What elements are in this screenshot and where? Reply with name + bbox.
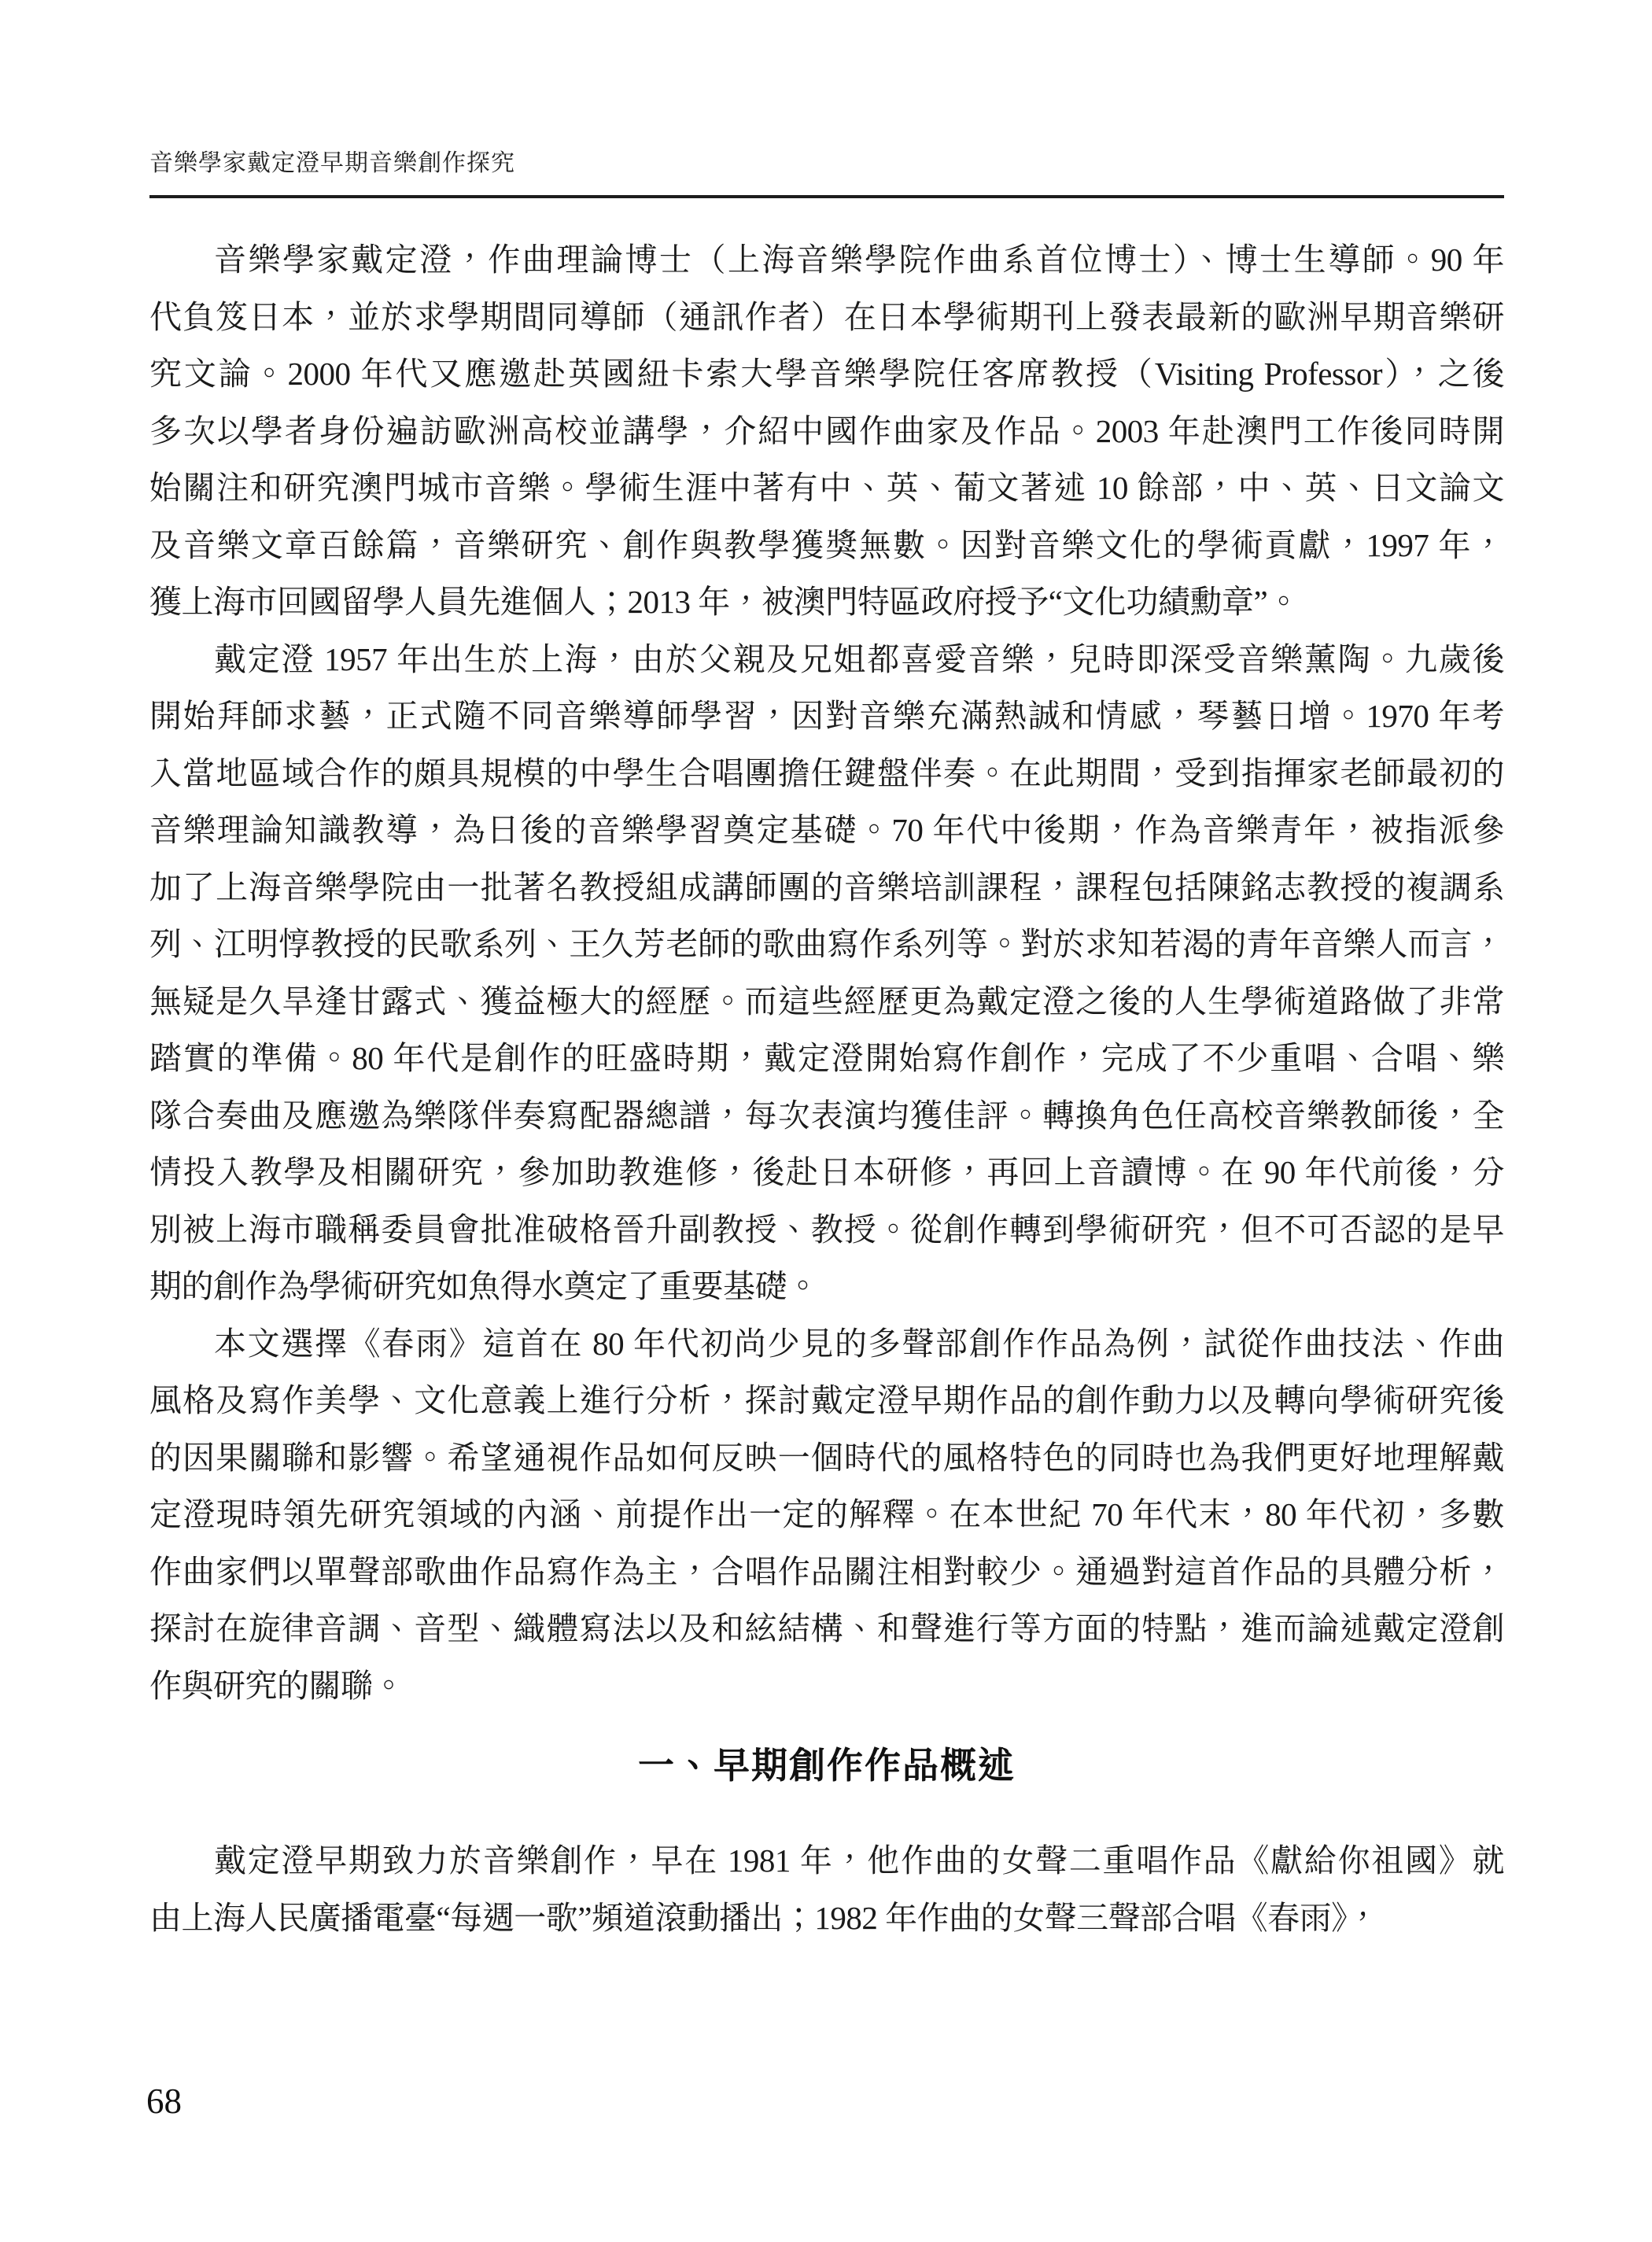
body-text: 音樂學家戴定澄，作曲理論博士（上海音樂學院作曲系首位博士）、博士生導師。90 年… <box>149 231 1504 1946</box>
text-line: 情投入教學及相關研究，參加助教進修，後赴日本研修，再回上音讀博。在 90 年代前… <box>149 1144 1504 1201</box>
section-heading: 一、早期創作作品概述 <box>149 1738 1504 1794</box>
text-line: 無疑是久旱逢甘露式、獲益極大的經歷。而這些經歷更為戴定澄之後的人生學術道路做了非… <box>149 973 1504 1031</box>
paragraph: 戴定澄早期致力於音樂創作，早在 1981 年，他作曲的女聲二重唱作品《獻給你祖國… <box>149 1832 1504 1946</box>
text-line: 究文論。2000 年代又應邀赴英國紐卡索大學音樂學院任客席教授（Visiting… <box>149 345 1504 403</box>
text-line: 戴定澄早期致力於音樂創作，早在 1981 年，他作曲的女聲二重唱作品《獻給你祖國… <box>149 1832 1504 1890</box>
running-header: 音樂學家戴定澄早期音樂創作探究 <box>149 149 1504 178</box>
text-line: 獲上海市回國留學人員先進個人；2013 年，被澳門特區政府授予“文化功績勳章”。 <box>149 573 1504 631</box>
text-line: 作與研究的關聯。 <box>149 1658 1504 1715</box>
text-line: 代負笈日本，並於求學期間同導師（通訊作者）在日本學術期刊上發表最新的歐洲早期音樂… <box>149 289 1504 346</box>
intro-paragraphs: 音樂學家戴定澄，作曲理論博士（上海音樂學院作曲系首位博士）、博士生導師。90 年… <box>149 231 1504 1714</box>
text-line: 風格及寫作美學、文化意義上進行分析，探討戴定澄早期作品的創作動力以及轉向學術研究… <box>149 1372 1504 1429</box>
text-line: 始關注和研究澳門城市音樂。學術生涯中著有中、英、葡文著述 10 餘部，中、英、日… <box>149 459 1504 517</box>
text-line: 入當地區域合作的頗具規模的中學生合唱團擔任鍵盤伴奏。在此期間，受到指揮家老師最初… <box>149 745 1504 802</box>
paragraph: 本文選擇《春雨》這首在 80 年代初尚少見的多聲部創作作品為例，試從作曲技法、作… <box>149 1315 1504 1715</box>
text-line: 音樂理論知識教導，為日後的音樂學習奠定基礎。70 年代中後期，作為音樂青年，被指… <box>149 802 1504 859</box>
page-number: 68 <box>146 2081 182 2122</box>
text-line: 本文選擇《春雨》這首在 80 年代初尚少見的多聲部創作作品為例，試從作曲技法、作… <box>149 1315 1504 1373</box>
paragraph: 音樂學家戴定澄，作曲理論博士（上海音樂學院作曲系首位博士）、博士生導師。90 年… <box>149 231 1504 631</box>
text-line: 隊合奏曲及應邀為樂隊伴奏寫配器總譜，每次表演均獲佳評。轉換角色任高校音樂教師後，… <box>149 1087 1504 1145</box>
text-line: 音樂學家戴定澄，作曲理論博士（上海音樂學院作曲系首位博士）、博士生導師。90 年 <box>149 231 1504 289</box>
text-line: 探討在旋律音調、音型、織體寫法以及和絃結構、和聲進行等方面的特點，進而論述戴定澄… <box>149 1600 1504 1658</box>
text-line: 作曲家們以單聲部歌曲作品寫作為主，合唱作品關注相對較少。通過對這首作品的具體分析… <box>149 1543 1504 1601</box>
document-page: 音樂學家戴定澄早期音樂創作探究 音樂學家戴定澄，作曲理論博士（上海音樂學院作曲系… <box>0 0 1652 2242</box>
text-line: 及音樂文章百餘篇，音樂研究、創作與教學獲獎無數。因對音樂文化的學術貢獻，1997… <box>149 517 1504 574</box>
text-line: 踏實的準備。80 年代是創作的旺盛時期，戴定澄開始寫作創作，完成了不少重唱、合唱… <box>149 1030 1504 1087</box>
text-line: 多次以學者身份遍訪歐洲高校並講學，介紹中國作曲家及作品。2003 年赴澳門工作後… <box>149 403 1504 460</box>
text-line: 加了上海音樂學院由一批著名教授組成講師團的音樂培訓課程，課程包括陳銘志教授的複調… <box>149 859 1504 916</box>
text-line: 期的創作為學術研究如魚得水奠定了重要基礎。 <box>149 1258 1504 1315</box>
text-line: 別被上海市職稱委員會批准破格晉升副教授、教授。從創作轉到學術研究，但不可否認的是… <box>149 1201 1504 1259</box>
text-line: 戴定澄 1957 年出生於上海，由於父親及兄姐都喜愛音樂，兒時即深受音樂薰陶。九… <box>149 631 1504 688</box>
text-line: 開始拜師求藝，正式隨不同音樂導師學習，因對音樂充滿熱誠和情感，琴藝日增。1970… <box>149 688 1504 745</box>
text-line: 定澄現時領先研究領域的內涵、前提作出一定的解釋。在本世紀 70 年代末，80 年… <box>149 1486 1504 1543</box>
text-line: 由上海人民廣播電臺“每週一歌”頻道滾動播出；1982 年作曲的女聲三聲部合唱《春… <box>149 1890 1504 1947</box>
text-line: 的因果關聯和影響。希望通視作品如何反映一個時代的風格特色的同時也為我們更好地理解… <box>149 1429 1504 1487</box>
section-paragraphs: 戴定澄早期致力於音樂創作，早在 1981 年，他作曲的女聲二重唱作品《獻給你祖國… <box>149 1832 1504 1946</box>
paragraph: 戴定澄 1957 年出生於上海，由於父親及兄姐都喜愛音樂，兒時即深受音樂薰陶。九… <box>149 631 1504 1315</box>
header-rule <box>149 195 1504 198</box>
text-line: 列、江明惇教授的民歌系列、王久芳老師的歌曲寫作系列等。對於求知若渴的青年音樂人而… <box>149 916 1504 973</box>
